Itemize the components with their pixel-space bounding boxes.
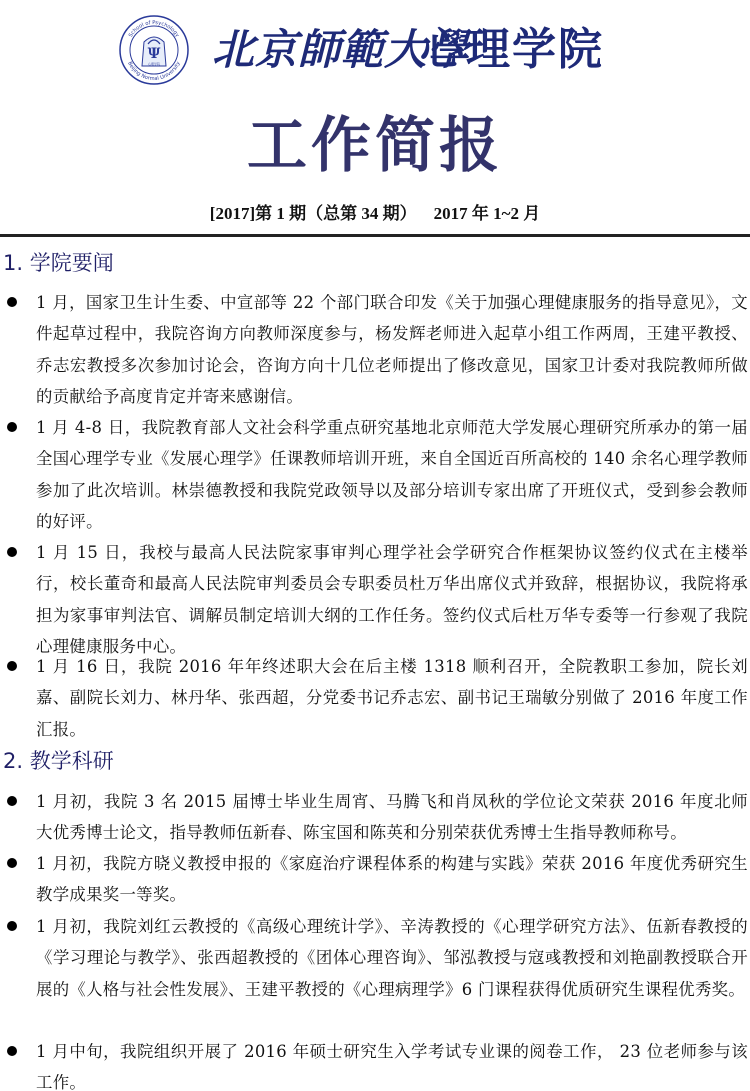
bullet-icon bbox=[7, 921, 17, 931]
list-item-text: 1 月初，我院 3 名 2015 届博士毕业生周宵、马腾飞和肖凤秋的学位论文荣获… bbox=[36, 786, 748, 849]
school-seal-logo-icon: Ψ 心理学院 School of Psychology Beijing Norm… bbox=[118, 14, 190, 86]
svg-text:Ψ: Ψ bbox=[148, 46, 161, 62]
bullet-icon bbox=[7, 858, 17, 868]
school-name: 心理学院 bbox=[420, 22, 604, 78]
header-divider bbox=[0, 234, 750, 237]
list-item-text: 1 月 15 日，我校与最高人民法院家事审判心理学社会学研究合作框架协议签约仪式… bbox=[36, 537, 748, 662]
list-item-text: 1 月 4-8 日，我院教育部人文社会科学重点研究基地北京师范大学发展心理研究所… bbox=[36, 412, 748, 537]
issue-line: [2017]第 1 期（总第 34 期） 2017 年 1~2 月 bbox=[0, 202, 750, 226]
list-item-text: 1 月中旬，我院组织开展了 2016 年硕士研究生入学考试专业课的阅卷工作， 2… bbox=[36, 1036, 748, 1091]
svg-text:心理学院: 心理学院 bbox=[148, 61, 160, 66]
bullet-icon bbox=[7, 547, 17, 557]
bullet-icon bbox=[7, 796, 17, 806]
bullet-icon bbox=[7, 1046, 17, 1056]
document-title: 工作简报 bbox=[0, 106, 750, 186]
section-heading-teaching-research: 2. 教学科研 bbox=[3, 746, 114, 776]
list-item-text: 1 月，国家卫生计生委、中宣部等 22 个部门联合印发《关于加强心理健康服务的指… bbox=[36, 287, 748, 412]
section-heading-news: 1. 学院要闻 bbox=[3, 248, 114, 278]
list-item-text: 1 月 16 日，我院 2016 年年终述职大会在后主楼 1318 顺利召开，全… bbox=[36, 651, 748, 745]
list-item-text: 1 月初，我院方晓义教授申报的《家庭治疗课程体系的构建与实践》荣获 2016 年… bbox=[36, 848, 748, 911]
letterhead: Ψ 心理学院 School of Psychology Beijing Norm… bbox=[0, 0, 750, 100]
bullet-icon bbox=[7, 297, 17, 307]
bullet-icon bbox=[7, 661, 17, 671]
bullet-icon bbox=[7, 422, 17, 432]
list-item-text: 1 月初，我院刘红云教授的《高级心理统计学》、辛涛教授的《心理学研究方法》、伍新… bbox=[36, 911, 748, 1005]
